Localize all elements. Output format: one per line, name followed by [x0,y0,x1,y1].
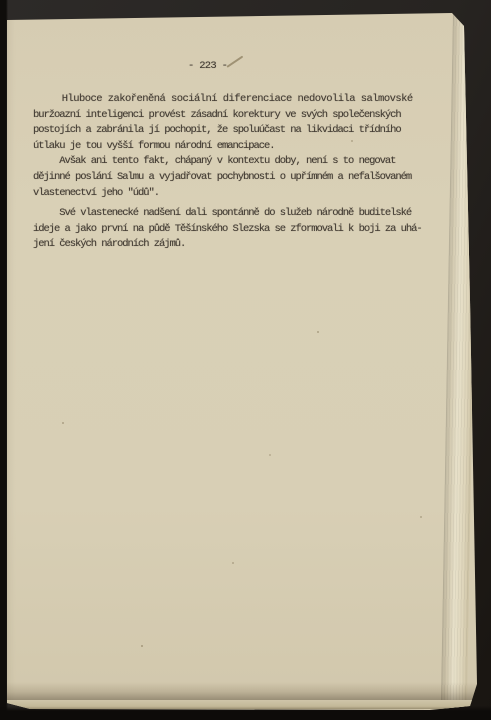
text-line: buržoazní inteligenci provést zásadní ko… [33,108,433,124]
paragraph: Avšak ani tento fakt, chápaný v kontextu… [33,154,433,201]
paragraph: Hluboce zakořeněná sociální diferenciace… [33,92,433,154]
text-line: dějinné poslání Salmu a vyjadřovat pochy… [33,170,433,186]
text-line: útlaku je tou vyšší formou národní emanc… [33,139,433,155]
typewritten-text: Hluboce zakořeněná sociální diferenciace… [33,92,433,253]
book-fore-edge [441,12,479,712]
text-line: postojích a zabránila jí pochopit, že sp… [33,123,433,139]
text-line: Své vlastenecké nadšení dali spontánně d… [33,206,433,222]
page-bottom-fold-shadow [7,682,479,700]
book-page: - 223 - Hluboce zakořeněná sociální dife… [0,0,491,720]
page-bottom-edge [7,700,479,709]
page-number: - 223 - [188,59,227,75]
paragraph: Své vlastenecké nadšení dali spontánně d… [33,206,433,253]
pencil-mark [226,56,243,68]
text-line: Hluboce zakořeněná sociální diferenciace… [33,92,433,108]
text-line: vlastenectví jeho "údů". [33,186,433,202]
text-line: ideje a jako první na půdě Těšínského Sl… [33,222,433,238]
text-line: Avšak ani tento fakt, chápaný v kontextu… [33,154,433,170]
scanned-book-photo: - 223 - Hluboce zakořeněná sociální dife… [0,0,491,720]
text-line: jení českých národních zájmů. [33,237,433,253]
